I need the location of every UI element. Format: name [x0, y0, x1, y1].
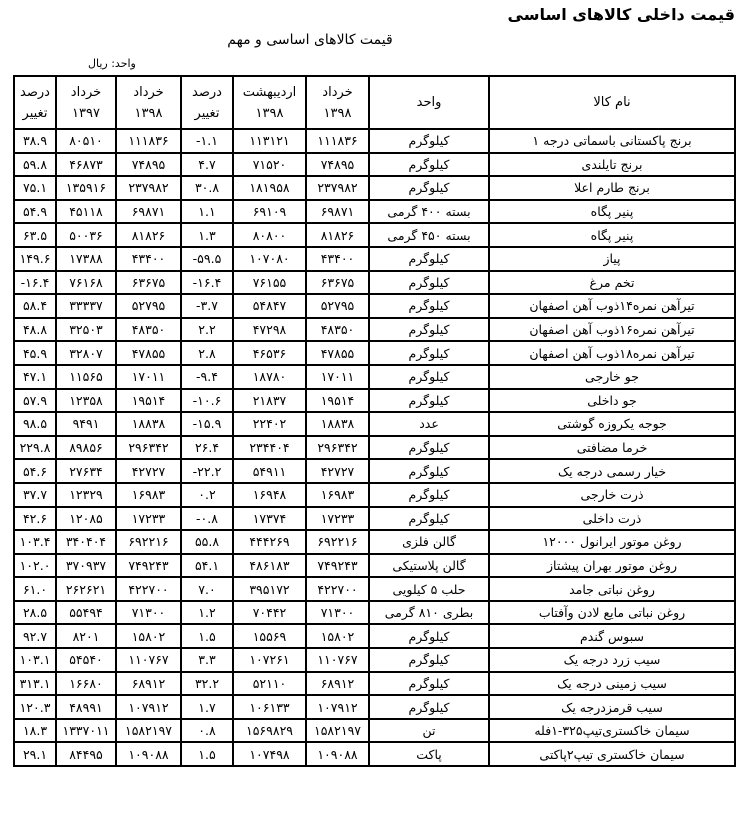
- product-name-cell: تیرآهن نمره۱۶ذوب آهن اصفهان: [489, 318, 735, 342]
- product-name-cell: ذرت خارجی: [489, 483, 735, 507]
- header-line: درصد: [184, 82, 230, 103]
- khordad98-current-price-cell: ۲۳۷۹۸۲: [306, 176, 369, 200]
- ordibehesht98-price-cell: ۱۵۶۹۸۲۹: [233, 719, 306, 743]
- khordad97-price-cell: ۴۶۸۷۳: [56, 153, 116, 177]
- ordibehesht98-price-cell: ۷۰۴۴۲: [233, 601, 306, 625]
- product-name-cell: سیب زرد درجه یک: [489, 648, 735, 672]
- yearly-change-percent-cell: ۳۸.۹: [14, 129, 56, 153]
- khordad98-current-price-cell: ۶۳۶۷۵: [306, 271, 369, 295]
- khordad98-price-cell: ۱۵۸۲۱۹۷: [116, 719, 181, 743]
- product-name-cell: سیب قرمزدرجه یک: [489, 695, 735, 719]
- table-row: تیرآهن نمره۱۸ذوب آهن اصفهان کیلوگرم ۴۷۸۵…: [14, 341, 735, 365]
- table-row: پنیر پگاه بسته ۴۵۰ گرمی ۸۱۸۲۶ ۸۰۸۰۰ ۱.۳ …: [14, 223, 735, 247]
- khordad97-price-cell: ۹۴۹۱: [56, 412, 116, 436]
- monthly-change-percent-cell: ۱.۵: [181, 624, 233, 648]
- unit-cell: کیلوگرم: [369, 483, 489, 507]
- monthly-change-percent-cell: ۲.۸: [181, 341, 233, 365]
- khordad98-price-cell: ۱۶۹۸۳: [116, 483, 181, 507]
- khordad98-current-price-cell: ۱۸۸۳۸: [306, 412, 369, 436]
- table-row: سیمان خاکستری تیپ۲پاکتی پاکت ۱۰۹۰۸۸ ۱۰۷۴…: [14, 742, 735, 766]
- product-name-cell: پنیر پگاه: [489, 223, 735, 247]
- product-name-cell: تیرآهن نمره۱۸ذوب آهن اصفهان: [489, 341, 735, 365]
- monthly-change-percent-cell: ۱.۲: [181, 601, 233, 625]
- khordad98-price-cell: ۷۴۹۲۴۳: [116, 554, 181, 578]
- monthly-change-percent-cell: ۱.۷: [181, 695, 233, 719]
- unit-cell: کیلوگرم: [369, 365, 489, 389]
- khordad98-current-price-cell: ۱۷۰۱۱: [306, 365, 369, 389]
- product-name-cell: روغن موتور بهران پیشتاز: [489, 554, 735, 578]
- khordad98-price-cell: ۱۹۵۱۴: [116, 389, 181, 413]
- khordad98-current-price-cell: ۴۸۳۵۰: [306, 318, 369, 342]
- khordad98-price-cell: ۱۰۷۹۱۲: [116, 695, 181, 719]
- header-product-name: نام کالا: [489, 76, 735, 129]
- header-monthly-change: درصد تغییر: [181, 76, 233, 129]
- product-name-cell: برنج طارم اعلا: [489, 176, 735, 200]
- khordad98-price-cell: ۶۳۶۷۵: [116, 271, 181, 295]
- header-line: ۱۳۹۸: [309, 103, 366, 124]
- khordad97-price-cell: ۴۸۹۹۱: [56, 695, 116, 719]
- ordibehesht98-price-cell: ۱۰۷۴۹۸: [233, 742, 306, 766]
- khordad97-price-cell: ۵۴۵۴۰: [56, 648, 116, 672]
- monthly-change-percent-cell: -۱۰.۶: [181, 389, 233, 413]
- khordad98-current-price-cell: ۱۰۹۰۸۸: [306, 742, 369, 766]
- yearly-change-percent-cell: ۳۷.۷: [14, 483, 56, 507]
- table-row: ذرت داخلی کیلوگرم ۱۷۲۳۳ ۱۷۳۷۴ -۰.۸ ۱۷۲۳۳…: [14, 507, 735, 531]
- yearly-change-percent-cell: ۵۷.۹: [14, 389, 56, 413]
- monthly-change-percent-cell: ۴.۷: [181, 153, 233, 177]
- monthly-change-percent-cell: -۵۹.۵: [181, 247, 233, 271]
- khordad98-current-price-cell: ۷۱۳۰۰: [306, 601, 369, 625]
- khordad97-price-cell: ۸۴۴۹۵: [56, 742, 116, 766]
- yearly-change-percent-cell: ۴۷.۱: [14, 365, 56, 389]
- header-line: ۱۳۹۸: [119, 103, 178, 124]
- khordad98-current-price-cell: ۷۴۹۲۴۳: [306, 554, 369, 578]
- ordibehesht98-price-cell: ۱۵۵۶۹: [233, 624, 306, 648]
- yearly-change-percent-cell: ۱۰۳.۴: [14, 530, 56, 554]
- ordibehesht98-price-cell: ۲۲۴۰۲: [233, 412, 306, 436]
- khordad98-price-cell: ۷۱۳۰۰: [116, 601, 181, 625]
- monthly-change-percent-cell: ۳۰.۸: [181, 176, 233, 200]
- table-row: خرما مضافتی کیلوگرم ۲۹۶۳۴۲ ۲۳۴۴۰۴ ۲۶.۴ ۲…: [14, 436, 735, 460]
- yearly-change-percent-cell: ۹۲.۷: [14, 624, 56, 648]
- khordad97-price-cell: ۲۷۶۳۴: [56, 459, 116, 483]
- header-line: خرداد: [309, 82, 366, 103]
- product-name-cell: روغن نباتی جامد: [489, 577, 735, 601]
- unit-cell: عدد: [369, 412, 489, 436]
- product-name-cell: روغن نباتی مایع لادن وآفتاب: [489, 601, 735, 625]
- khordad98-current-price-cell: ۱۵۸۲۱۹۷: [306, 719, 369, 743]
- product-name-cell: سیمان خاکستری‌تیپ۳۲۵-۱فله: [489, 719, 735, 743]
- khordad97-price-cell: ۱۲۰۸۵: [56, 507, 116, 531]
- ordibehesht98-price-cell: ۴۸۶۱۸۳: [233, 554, 306, 578]
- header-line: ۱۳۹۷: [59, 103, 113, 124]
- khordad98-price-cell: ۱۸۸۳۸: [116, 412, 181, 436]
- khordad97-price-cell: ۱۲۳۲۹: [56, 483, 116, 507]
- khordad97-price-cell: ۴۵۱۱۸: [56, 200, 116, 224]
- khordad98-price-cell: ۴۳۴۰۰: [116, 247, 181, 271]
- yearly-change-percent-cell: ۴۸.۸: [14, 318, 56, 342]
- unit-cell: کیلوگرم: [369, 389, 489, 413]
- product-name-cell: برنج پاکستانی باسماتی درجه ۱: [489, 129, 735, 153]
- yearly-change-percent-cell: ۱۰۳.۱: [14, 648, 56, 672]
- table-row: جو خارجی کیلوگرم ۱۷۰۱۱ ۱۸۷۸۰ -۹.۴ ۱۷۰۱۱ …: [14, 365, 735, 389]
- khordad97-price-cell: ۳۳۳۳۷: [56, 294, 116, 318]
- unit-cell: پاکت: [369, 742, 489, 766]
- ordibehesht98-price-cell: ۳۹۵۱۷۲: [233, 577, 306, 601]
- monthly-change-percent-cell: -۰.۸: [181, 507, 233, 531]
- table-row: پیاز کیلوگرم ۴۳۴۰۰ ۱۰۷۰۸۰ -۵۹.۵ ۴۳۴۰۰ ۱۷…: [14, 247, 735, 271]
- unit-cell: کیلوگرم: [369, 318, 489, 342]
- ordibehesht98-price-cell: ۴۴۴۲۶۹: [233, 530, 306, 554]
- unit-cell: کیلوگرم: [369, 294, 489, 318]
- header-line: درصد: [17, 82, 53, 103]
- ordibehesht98-price-cell: ۵۲۱۱۰: [233, 672, 306, 696]
- product-name-cell: جوجه یکروزه گوشتی: [489, 412, 735, 436]
- table-row: تیرآهن نمره۱۴ذوب آهن اصفهان کیلوگرم ۵۲۷۹…: [14, 294, 735, 318]
- table-row: سیب زمینی درجه یک کیلوگرم ۶۸۹۱۲ ۵۲۱۱۰ ۳۲…: [14, 672, 735, 696]
- ordibehesht98-price-cell: ۴۶۵۳۶: [233, 341, 306, 365]
- khordad98-price-cell: ۱۵۸۰۲: [116, 624, 181, 648]
- product-name-cell: تیرآهن نمره۱۴ذوب آهن اصفهان: [489, 294, 735, 318]
- khordad98-current-price-cell: ۴۷۸۵۵: [306, 341, 369, 365]
- product-name-cell: جو داخلی: [489, 389, 735, 413]
- unit-cell: حلب ۵ کیلویی: [369, 577, 489, 601]
- yearly-change-percent-cell: ۵۴.۹: [14, 200, 56, 224]
- monthly-change-percent-cell: ۲۶.۴: [181, 436, 233, 460]
- khordad98-current-price-cell: ۷۴۸۹۵: [306, 153, 369, 177]
- ordibehesht98-price-cell: ۱۰۷۰۸۰: [233, 247, 306, 271]
- ordibehesht98-price-cell: ۱۶۹۴۸: [233, 483, 306, 507]
- yearly-change-percent-cell: ۱۴۹.۶: [14, 247, 56, 271]
- table-row: سیب زرد درجه یک کیلوگرم ۱۱۰۷۶۷ ۱۰۷۲۶۱ ۳.…: [14, 648, 735, 672]
- ordibehesht98-price-cell: ۱۷۳۷۴: [233, 507, 306, 531]
- yearly-change-percent-cell: -۱۶.۴: [14, 271, 56, 295]
- khordad98-price-cell: ۲۹۶۳۴۲: [116, 436, 181, 460]
- khordad98-price-cell: ۴۸۳۵۰: [116, 318, 181, 342]
- khordad97-price-cell: ۱۲۳۵۸: [56, 389, 116, 413]
- unit-cell: کیلوگرم: [369, 176, 489, 200]
- khordad97-price-cell: ۳۲۸۰۷: [56, 341, 116, 365]
- khordad97-price-cell: ۳۲۵۰۳: [56, 318, 116, 342]
- monthly-change-percent-cell: ۳۲.۲: [181, 672, 233, 696]
- yearly-change-percent-cell: ۶۱.۰: [14, 577, 56, 601]
- khordad98-current-price-cell: ۸۱۸۲۶: [306, 223, 369, 247]
- khordad97-price-cell: ۱۶۶۸۰: [56, 672, 116, 696]
- unit-cell: کیلوگرم: [369, 507, 489, 531]
- khordad98-price-cell: ۱۷۲۳۳: [116, 507, 181, 531]
- product-name-cell: سیب زمینی درجه یک: [489, 672, 735, 696]
- table-row: سیب قرمزدرجه یک کیلوگرم ۱۰۷۹۱۲ ۱۰۶۱۳۳ ۱.…: [14, 695, 735, 719]
- yearly-change-percent-cell: ۵۸.۴: [14, 294, 56, 318]
- khordad98-price-cell: ۸۱۸۲۶: [116, 223, 181, 247]
- monthly-change-percent-cell: -۳.۷: [181, 294, 233, 318]
- header-yearly-change: درصد تغییر: [14, 76, 56, 129]
- ordibehesht98-price-cell: ۸۰۸۰۰: [233, 223, 306, 247]
- unit-cell: کیلوگرم: [369, 436, 489, 460]
- product-name-cell: جو خارجی: [489, 365, 735, 389]
- header-unit: واحد: [369, 76, 489, 129]
- ordibehesht98-price-cell: ۱۸۱۹۵۸: [233, 176, 306, 200]
- header-line: تغییر: [17, 103, 53, 124]
- ordibehesht98-price-cell: ۷۱۵۲۰: [233, 153, 306, 177]
- table-row: تیرآهن نمره۱۶ذوب آهن اصفهان کیلوگرم ۴۸۳۵…: [14, 318, 735, 342]
- khordad97-price-cell: ۱۳۵۹۱۶: [56, 176, 116, 200]
- unit-cell: کیلوگرم: [369, 624, 489, 648]
- yearly-change-percent-cell: ۲۹.۱: [14, 742, 56, 766]
- monthly-change-percent-cell: ۰.۸: [181, 719, 233, 743]
- ordibehesht98-price-cell: ۴۷۲۹۸: [233, 318, 306, 342]
- unit-cell: کیلوگرم: [369, 672, 489, 696]
- unit-cell: کیلوگرم: [369, 153, 489, 177]
- yearly-change-percent-cell: ۴۵.۹: [14, 341, 56, 365]
- monthly-change-percent-cell: ۳.۳: [181, 648, 233, 672]
- khordad98-current-price-cell: ۱۰۷۹۱۲: [306, 695, 369, 719]
- ordibehesht98-price-cell: ۵۴۹۱۱: [233, 459, 306, 483]
- unit-cell: گالن فلزی: [369, 530, 489, 554]
- price-table-body: برنج پاکستانی باسماتی درجه ۱ کیلوگرم ۱۱۱…: [14, 129, 735, 766]
- khordad98-current-price-cell: ۲۹۶۳۴۲: [306, 436, 369, 460]
- khordad98-price-cell: ۶۸۹۱۲: [116, 672, 181, 696]
- header-line: تغییر: [184, 103, 230, 124]
- table-row: خیار رسمی درجه یک کیلوگرم ۴۲۷۲۷ ۵۴۹۱۱ -۲…: [14, 459, 735, 483]
- monthly-change-percent-cell: ۵۵.۸: [181, 530, 233, 554]
- unit-cell: گالن پلاستیکی: [369, 554, 489, 578]
- table-row: سیمان خاکستری‌تیپ۳۲۵-۱فله تن ۱۵۸۲۱۹۷ ۱۵۶…: [14, 719, 735, 743]
- khordad98-price-cell: ۴۷۸۵۵: [116, 341, 181, 365]
- khordad98-current-price-cell: ۱۱۱۸۳۶: [306, 129, 369, 153]
- product-name-cell: پنیر پگاه: [489, 200, 735, 224]
- table-row: روغن نباتی جامد حلب ۵ کیلویی ۴۲۲۷۰۰ ۳۹۵۱…: [14, 577, 735, 601]
- khordad97-price-cell: ۸۲۰۱: [56, 624, 116, 648]
- khordad97-price-cell: ۵۰۰۳۶: [56, 223, 116, 247]
- header-line: اردیبهشت: [236, 82, 303, 103]
- table-row: سبوس گندم کیلوگرم ۱۵۸۰۲ ۱۵۵۶۹ ۱.۵ ۱۵۸۰۲ …: [14, 624, 735, 648]
- ordibehesht98-price-cell: ۵۴۸۴۷: [233, 294, 306, 318]
- product-name-cell: سبوس گندم: [489, 624, 735, 648]
- monthly-change-percent-cell: -۱۶.۴: [181, 271, 233, 295]
- header-line: ۱۳۹۸: [236, 103, 303, 124]
- ordibehesht98-price-cell: ۲۱۸۳۷: [233, 389, 306, 413]
- khordad98-current-price-cell: ۵۲۷۹۵: [306, 294, 369, 318]
- table-row: روغن نباتی مایع لادن وآفتاب بطری ۸۱۰ گرم…: [14, 601, 735, 625]
- khordad97-price-cell: ۸۹۸۵۶: [56, 436, 116, 460]
- monthly-change-percent-cell: ۰.۲: [181, 483, 233, 507]
- table-row: پنیر پگاه بسته ۴۰۰ گرمی ۶۹۸۷۱ ۶۹۱۰۹ ۱.۱ …: [14, 200, 735, 224]
- product-name-cell: تخم مرغ: [489, 271, 735, 295]
- table-row: برنج پاکستانی باسماتی درجه ۱ کیلوگرم ۱۱۱…: [14, 129, 735, 153]
- unit-cell: کیلوگرم: [369, 648, 489, 672]
- yearly-change-percent-cell: ۳۱۳.۱: [14, 672, 56, 696]
- khordad98-price-cell: ۲۳۷۹۸۲: [116, 176, 181, 200]
- khordad98-current-price-cell: ۶۸۹۱۲: [306, 672, 369, 696]
- ordibehesht98-price-cell: ۶۹۱۰۹: [233, 200, 306, 224]
- unit-cell: بسته ۴۵۰ گرمی: [369, 223, 489, 247]
- ordibehesht98-price-cell: ۱۸۷۸۰: [233, 365, 306, 389]
- unit-cell: بطری ۸۱۰ گرمی: [369, 601, 489, 625]
- yearly-change-percent-cell: ۶۳.۵: [14, 223, 56, 247]
- khordad98-current-price-cell: ۱۷۲۳۳: [306, 507, 369, 531]
- monthly-change-percent-cell: ۷.۰: [181, 577, 233, 601]
- khordad98-current-price-cell: ۴۲۲۷۰۰: [306, 577, 369, 601]
- khordad97-price-cell: ۱۳۳۷۰۱۱: [56, 719, 116, 743]
- khordad98-price-cell: ۱۱۰۷۶۷: [116, 648, 181, 672]
- khordad98-current-price-cell: ۱۶۹۸۳: [306, 483, 369, 507]
- table-row: تخم مرغ کیلوگرم ۶۳۶۷۵ ۷۶۱۵۵ -۱۶.۴ ۶۳۶۷۵ …: [14, 271, 735, 295]
- khordad97-price-cell: ۲۶۲۶۲۱: [56, 577, 116, 601]
- header-khordad98-current: خرداد ۱۳۹۸: [306, 76, 369, 129]
- khordad97-price-cell: ۷۶۱۶۸: [56, 271, 116, 295]
- khordad98-price-cell: ۶۹۸۷۱: [116, 200, 181, 224]
- monthly-change-percent-cell: ۵۴.۱: [181, 554, 233, 578]
- khordad97-price-cell: ۱۷۳۸۸: [56, 247, 116, 271]
- khordad98-current-price-cell: ۱۹۵۱۴: [306, 389, 369, 413]
- product-name-cell: خرما مضافتی: [489, 436, 735, 460]
- header-khordad97: خرداد ۱۳۹۷: [56, 76, 116, 129]
- khordad97-price-cell: ۱۱۵۶۵: [56, 365, 116, 389]
- header-line: خرداد: [119, 82, 178, 103]
- khordad97-price-cell: ۸۰۵۱۰: [56, 129, 116, 153]
- khordad97-price-cell: ۳۴۰۴۰۴: [56, 530, 116, 554]
- khordad98-price-cell: ۱۰۹۰۸۸: [116, 742, 181, 766]
- khordad98-price-cell: ۴۲۲۷۰۰: [116, 577, 181, 601]
- yearly-change-percent-cell: ۱۸.۳: [14, 719, 56, 743]
- currency-unit-note: واحد: ریال: [88, 57, 136, 70]
- yearly-change-percent-cell: ۷۵.۱: [14, 176, 56, 200]
- ordibehesht98-price-cell: ۷۶۱۵۵: [233, 271, 306, 295]
- khordad97-price-cell: ۵۵۴۹۴: [56, 601, 116, 625]
- table-row: روغن موتور ایرانول ۱۲۰۰۰ گالن فلزی ۶۹۲۲۱…: [14, 530, 735, 554]
- header-ordibehesht98: اردیبهشت ۱۳۹۸: [233, 76, 306, 129]
- unit-cell: کیلوگرم: [369, 247, 489, 271]
- khordad98-current-price-cell: ۴۲۷۲۷: [306, 459, 369, 483]
- khordad98-current-price-cell: ۴۳۴۰۰: [306, 247, 369, 271]
- khordad98-current-price-cell: ۱۱۰۷۶۷: [306, 648, 369, 672]
- monthly-change-percent-cell: ۲.۲: [181, 318, 233, 342]
- yearly-change-percent-cell: ۲۸.۵: [14, 601, 56, 625]
- unit-cell: کیلوگرم: [369, 695, 489, 719]
- table-row: برنج طارم اعلا کیلوگرم ۲۳۷۹۸۲ ۱۸۱۹۵۸ ۳۰.…: [14, 176, 735, 200]
- khordad98-price-cell: ۱۱۱۸۳۶: [116, 129, 181, 153]
- monthly-change-percent-cell: -۱۵.۹: [181, 412, 233, 436]
- product-name-cell: خیار رسمی درجه یک: [489, 459, 735, 483]
- price-table-header: نام کالا واحد خرداد ۱۳۹۸ اردیبهشت ۱۳۹۸ د…: [14, 76, 735, 129]
- table-row: ذرت خارجی کیلوگرم ۱۶۹۸۳ ۱۶۹۴۸ ۰.۲ ۱۶۹۸۳ …: [14, 483, 735, 507]
- monthly-change-percent-cell: -۹.۴: [181, 365, 233, 389]
- khordad98-price-cell: ۷۴۸۹۵: [116, 153, 181, 177]
- unit-cell: کیلوگرم: [369, 459, 489, 483]
- product-name-cell: ذرت داخلی: [489, 507, 735, 531]
- ordibehesht98-price-cell: ۱۰۷۲۶۱: [233, 648, 306, 672]
- khordad98-price-cell: ۵۲۷۹۵: [116, 294, 181, 318]
- ordibehesht98-price-cell: ۲۳۴۴۰۴: [233, 436, 306, 460]
- product-name-cell: روغن موتور ایرانول ۱۲۰۰۰: [489, 530, 735, 554]
- unit-cell: کیلوگرم: [369, 271, 489, 295]
- yearly-change-percent-cell: ۵۴.۶: [14, 459, 56, 483]
- unit-cell: تن: [369, 719, 489, 743]
- unit-cell: بسته ۴۰۰ گرمی: [369, 200, 489, 224]
- yearly-change-percent-cell: ۹۸.۵: [14, 412, 56, 436]
- khordad98-price-cell: ۱۷۰۱۱: [116, 365, 181, 389]
- khordad98-current-price-cell: ۶۹۲۲۱۶: [306, 530, 369, 554]
- table-row: برنج تایلندی کیلوگرم ۷۴۸۹۵ ۷۱۵۲۰ ۴.۷ ۷۴۸…: [14, 153, 735, 177]
- table-row: روغن موتور بهران پیشتاز گالن پلاستیکی ۷۴…: [14, 554, 735, 578]
- ordibehesht98-price-cell: ۱۱۳۱۲۱: [233, 129, 306, 153]
- yearly-change-percent-cell: ۴۲.۶: [14, 507, 56, 531]
- page-subtitle: قیمت کالاهای اساسی و مهم: [0, 32, 620, 48]
- monthly-change-percent-cell: -۱.۱: [181, 129, 233, 153]
- ordibehesht98-price-cell: ۱۰۶۱۳۳: [233, 695, 306, 719]
- table-row: جو داخلی کیلوگرم ۱۹۵۱۴ ۲۱۸۳۷ -۱۰.۶ ۱۹۵۱۴…: [14, 389, 735, 413]
- khordad98-price-cell: ۶۹۲۲۱۶: [116, 530, 181, 554]
- yearly-change-percent-cell: ۵۹.۸: [14, 153, 56, 177]
- product-name-cell: سیمان خاکستری تیپ۲پاکتی: [489, 742, 735, 766]
- unit-cell: کیلوگرم: [369, 129, 489, 153]
- report-page: { "page": { "title": "قیمت داخلی کالاهای…: [0, 0, 751, 836]
- monthly-change-percent-cell: ۱.۳: [181, 223, 233, 247]
- unit-cell: کیلوگرم: [369, 341, 489, 365]
- header-row: نام کالا واحد خرداد ۱۳۹۸ اردیبهشت ۱۳۹۸ د…: [14, 76, 735, 129]
- header-line: خرداد: [59, 82, 113, 103]
- khordad98-current-price-cell: ۶۹۸۷۱: [306, 200, 369, 224]
- yearly-change-percent-cell: ۱۰۲.۰: [14, 554, 56, 578]
- monthly-change-percent-cell: ۱.۱: [181, 200, 233, 224]
- product-name-cell: برنج تایلندی: [489, 153, 735, 177]
- price-table: نام کالا واحد خرداد ۱۳۹۸ اردیبهشت ۱۳۹۸ د…: [13, 75, 736, 767]
- yearly-change-percent-cell: ۱۲۰.۳: [14, 695, 56, 719]
- header-khordad98: خرداد ۱۳۹۸: [116, 76, 181, 129]
- monthly-change-percent-cell: ۱.۵: [181, 742, 233, 766]
- table-row: جوجه یکروزه گوشتی عدد ۱۸۸۳۸ ۲۲۴۰۲ -۱۵.۹ …: [14, 412, 735, 436]
- khordad97-price-cell: ۳۷۰۹۳۷: [56, 554, 116, 578]
- yearly-change-percent-cell: ۲۲۹.۸: [14, 436, 56, 460]
- monthly-change-percent-cell: -۲۲.۲: [181, 459, 233, 483]
- product-name-cell: پیاز: [489, 247, 735, 271]
- page-title: قیمت داخلی کالاهای اساسی: [508, 5, 735, 24]
- khordad98-current-price-cell: ۱۵۸۰۲: [306, 624, 369, 648]
- khordad98-price-cell: ۴۲۷۲۷: [116, 459, 181, 483]
